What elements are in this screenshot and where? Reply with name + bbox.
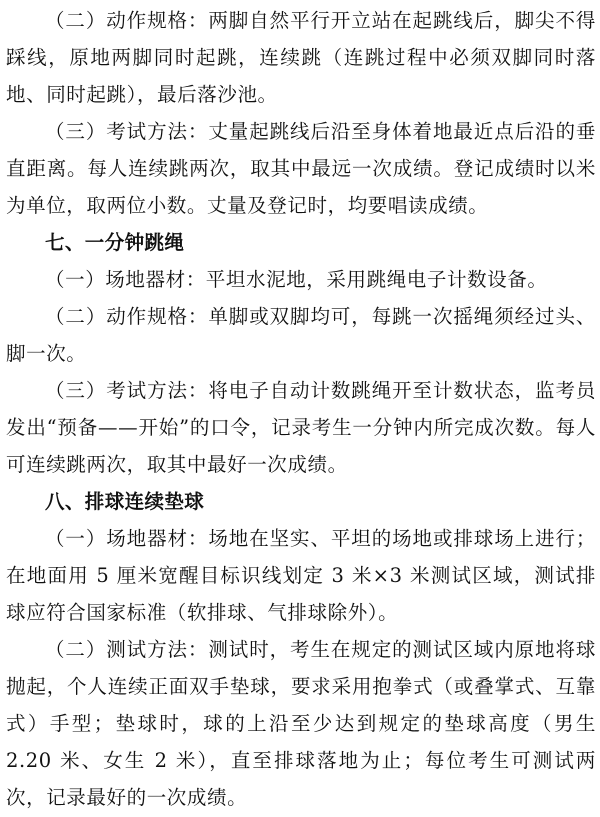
paragraph-standing-jump-test-method: （三）考试方法：丈量起跳线后沿至身体着地最近点后沿的垂直距离。每人连续跳两次，取… [6, 113, 596, 224]
paragraph-jump-rope-test-method: （三）考试方法：将电子自动计数跳绳开至计数状态，监考员发出“预备——开始”的口令… [6, 372, 596, 483]
document-page: （二）动作规格：两脚自然平行开立站在起跳线后，脚尖不得踩线，原地两脚同时起跳，连… [6, 2, 596, 816]
paragraph-standing-jump-action-spec: （二）动作规格：两脚自然平行开立站在起跳线后，脚尖不得踩线，原地两脚同时起跳，连… [6, 2, 596, 113]
section-heading-volleyball: 八、排球连续垫球 [6, 483, 596, 520]
paragraph-jump-rope-equipment: （一）场地器材：平坦水泥地，采用跳绳电子计数设备。 [6, 261, 596, 298]
section-heading-jump-rope: 七、一分钟跳绳 [6, 224, 596, 261]
paragraph-volleyball-test-method: （二）测试方法：测试时，考生在规定的测试区域内原地将球抛起，个人连续正面双手垫球… [6, 631, 596, 816]
paragraph-volleyball-equipment: （一）场地器材：场地在坚实、平坦的场地或排球场上进行；在地面用 5 厘米宽醒目标… [6, 520, 596, 631]
paragraph-jump-rope-action-spec: （二）动作规格：单脚或双脚均可，每跳一次摇绳须经过头、脚一次。 [6, 298, 596, 372]
